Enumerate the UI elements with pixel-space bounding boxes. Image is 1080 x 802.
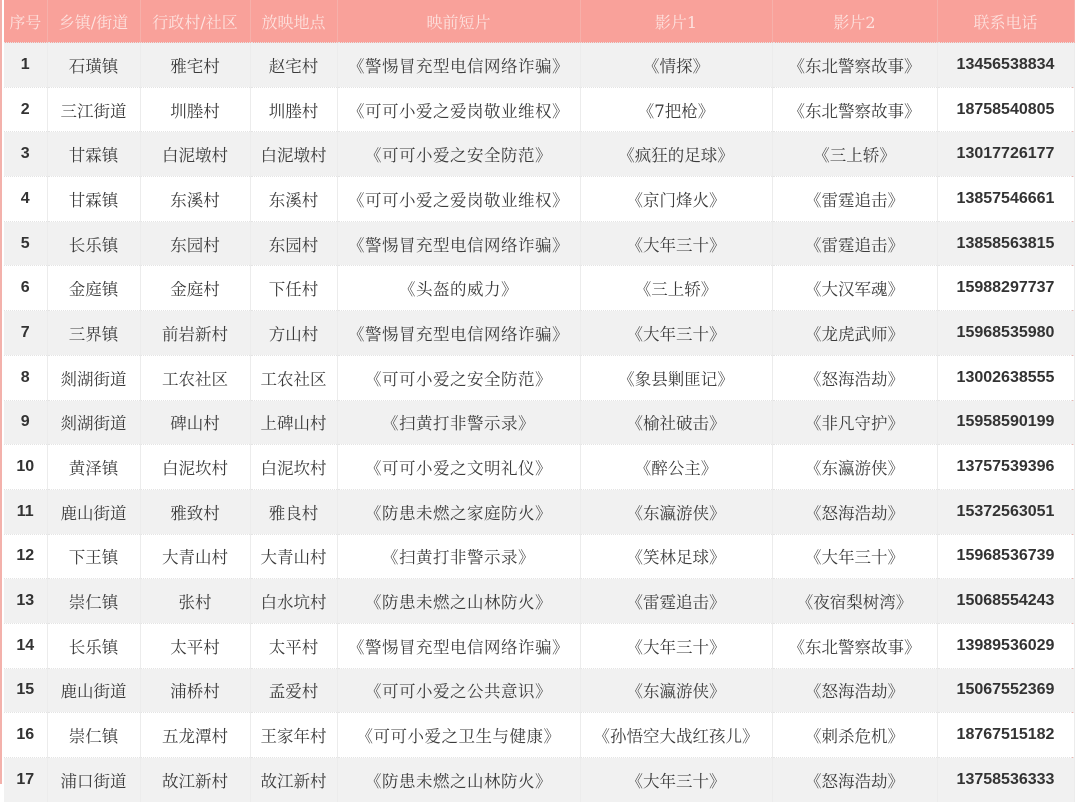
cell-short-film: 《可可小爱之公共意识》	[337, 668, 580, 713]
cell-short-film: 《可可小爱之文明礼仪》	[337, 445, 580, 490]
cell-venue: 方山村	[250, 311, 337, 356]
cell-no: 12	[4, 534, 47, 579]
cell-phone: 15988297737	[937, 266, 1074, 311]
header-venue: 放映地点	[250, 0, 337, 43]
cell-no: 4	[4, 177, 47, 222]
cell-film-1: 《榆社破击》	[580, 400, 772, 445]
cell-venue: 王家年村	[250, 713, 337, 758]
cell-town: 甘霖镇	[47, 132, 140, 177]
cell-film-2: 《大汉军魂》	[772, 266, 937, 311]
cell-village: 金庭村	[140, 266, 250, 311]
cell-film-1: 《京门烽火》	[580, 177, 772, 222]
cell-town: 鹿山街道	[47, 668, 140, 713]
cell-short-film: 《警惕冒充型电信网络诈骗》	[337, 311, 580, 356]
cell-village: 工农社区	[140, 355, 250, 400]
cell-no: 13	[4, 579, 47, 624]
cell-film-1: 《大年三十》	[580, 758, 772, 785]
cell-film-1: 《东瀛游侠》	[580, 489, 772, 534]
cell-film-1: 《情探》	[580, 43, 772, 88]
cell-short-film: 《警惕冒充型电信网络诈骗》	[337, 221, 580, 266]
cell-village: 故江新村	[140, 758, 250, 785]
cell-town: 鹿山街道	[47, 489, 140, 534]
cell-film-2: 《怒海浩劫》	[772, 758, 937, 785]
cell-film-1: 《孙悟空大战红孩儿》	[580, 713, 772, 758]
table-row: 9剡湖街道碑山村上碑山村《扫黄打非警示录》《榆社破击》《非凡守护》1595859…	[4, 400, 1074, 445]
table-header: 序号 乡镇/街道 行政村/社区 放映地点 映前短片 影片1 影片2 联系电话	[4, 0, 1074, 43]
cell-no: 2	[4, 87, 47, 132]
cell-film-2: 《怒海浩劫》	[772, 668, 937, 713]
cell-venue: 东园村	[250, 221, 337, 266]
cell-venue: 大青山村	[250, 534, 337, 579]
cell-film-1: 《醉公主》	[580, 445, 772, 490]
table-row: 5长乐镇东园村东园村《警惕冒充型电信网络诈骗》《大年三十》《雷霆追击》13858…	[4, 221, 1074, 266]
cell-film-1: 《7把枪》	[580, 87, 772, 132]
table-row: 4甘霖镇东溪村东溪村《可可小爱之爱岗敬业维权》《京门烽火》《雷霆追击》13857…	[4, 177, 1074, 222]
cell-village: 圳塍村	[140, 87, 250, 132]
cell-no: 7	[4, 311, 47, 356]
cell-town: 剡湖街道	[47, 355, 140, 400]
cell-town: 长乐镇	[47, 623, 140, 668]
cell-short-film: 《防患未燃之山林防火》	[337, 758, 580, 785]
cell-film-1: 《笑林足球》	[580, 534, 772, 579]
cell-venue: 孟爱村	[250, 668, 337, 713]
cell-short-film: 《可可小爱之卫生与健康》	[337, 713, 580, 758]
cell-short-film: 《扫黄打非警示录》	[337, 400, 580, 445]
cell-venue: 上碑山村	[250, 400, 337, 445]
table-row: 1石璜镇雅宅村赵宅村《警惕冒充型电信网络诈骗》《情探》《东北警察故事》13456…	[4, 43, 1074, 88]
cell-phone: 18758540805	[937, 87, 1074, 132]
cell-film-2: 《三上轿》	[772, 132, 937, 177]
cell-village: 前岩新村	[140, 311, 250, 356]
header-village: 行政村/社区	[140, 0, 250, 43]
header-film-1: 影片1	[580, 0, 772, 43]
table-row: 13崇仁镇张村白水坑村《防患未燃之山林防火》《雷霆追击》《夜宿梨树湾》15068…	[4, 579, 1074, 624]
cell-short-film: 《可可小爱之安全防范》	[337, 355, 580, 400]
cell-short-film: 《警惕冒充型电信网络诈骗》	[337, 43, 580, 88]
header-phone: 联系电话	[937, 0, 1074, 43]
cell-film-2: 《东北警察故事》	[772, 87, 937, 132]
cell-phone: 13002638555	[937, 355, 1074, 400]
cell-no: 8	[4, 355, 47, 400]
table-row: 3甘霖镇白泥墩村白泥墩村《可可小爱之安全防范》《疯狂的足球》《三上轿》13017…	[4, 132, 1074, 177]
cell-no: 11	[4, 489, 47, 534]
cell-phone: 15968536739	[937, 534, 1074, 579]
header-film-2: 影片2	[772, 0, 937, 43]
cell-village: 浦桥村	[140, 668, 250, 713]
cell-short-film: 《警惕冒充型电信网络诈骗》	[337, 623, 580, 668]
cell-venue: 赵宅村	[250, 43, 337, 88]
cell-short-film: 《扫黄打非警示录》	[337, 534, 580, 579]
cell-venue: 白泥墩村	[250, 132, 337, 177]
cell-town: 石璜镇	[47, 43, 140, 88]
table-row: 8剡湖街道工农社区工农社区《可可小爱之安全防范》《象县剿匪记》《怒海浩劫》130…	[4, 355, 1074, 400]
table-row: 12下王镇大青山村大青山村《扫黄打非警示录》《笑林足球》《大年三十》159685…	[4, 534, 1074, 579]
cell-film-1: 《雷霆追击》	[580, 579, 772, 624]
table-row: 7三界镇前岩新村方山村《警惕冒充型电信网络诈骗》《大年三十》《龙虎武师》1596…	[4, 311, 1074, 356]
cell-village: 太平村	[140, 623, 250, 668]
cell-village: 碑山村	[140, 400, 250, 445]
cell-village: 东溪村	[140, 177, 250, 222]
cell-venue: 太平村	[250, 623, 337, 668]
cell-film-1: 《三上轿》	[580, 266, 772, 311]
table-row: 16崇仁镇五龙潭村王家年村《可可小爱之卫生与健康》《孙悟空大战红孩儿》《刺杀危机…	[4, 713, 1074, 758]
cell-town: 长乐镇	[47, 221, 140, 266]
cell-phone: 13858563815	[937, 221, 1074, 266]
cell-phone: 18767515182	[937, 713, 1074, 758]
cell-phone: 13757539396	[937, 445, 1074, 490]
cell-town: 三界镇	[47, 311, 140, 356]
cell-village: 东园村	[140, 221, 250, 266]
cell-town: 崇仁镇	[47, 579, 140, 624]
cell-venue: 东溪村	[250, 177, 337, 222]
cell-town: 剡湖街道	[47, 400, 140, 445]
cell-town: 甘霖镇	[47, 177, 140, 222]
cell-no: 3	[4, 132, 47, 177]
cell-phone: 15372563051	[937, 489, 1074, 534]
cell-town: 崇仁镇	[47, 713, 140, 758]
cell-venue: 白泥坎村	[250, 445, 337, 490]
cell-village: 雅宅村	[140, 43, 250, 88]
cell-town: 金庭镇	[47, 266, 140, 311]
table-body: 1石璜镇雅宅村赵宅村《警惕冒充型电信网络诈骗》《情探》《东北警察故事》13456…	[4, 43, 1074, 785]
cell-phone: 13989536029	[937, 623, 1074, 668]
cell-venue: 雅良村	[250, 489, 337, 534]
cell-venue: 工农社区	[250, 355, 337, 400]
cell-no: 9	[4, 400, 47, 445]
cell-town: 黄泽镇	[47, 445, 140, 490]
cell-short-film: 《防患未燃之山林防火》	[337, 579, 580, 624]
cell-town: 浦口街道	[47, 758, 140, 785]
header-town: 乡镇/街道	[47, 0, 140, 43]
cell-phone: 15068554243	[937, 579, 1074, 624]
cell-no: 14	[4, 623, 47, 668]
cell-no: 17	[4, 758, 47, 785]
cell-phone: 13857546661	[937, 177, 1074, 222]
cell-film-2: 《雷霆追击》	[772, 177, 937, 222]
cell-village: 白泥墩村	[140, 132, 250, 177]
cell-film-2: 《夜宿梨树湾》	[772, 579, 937, 624]
table-row: 17浦口街道故江新村故江新村《防患未燃之山林防火》《大年三十》《怒海浩劫》137…	[4, 758, 1074, 785]
cell-village: 张村	[140, 579, 250, 624]
table-row: 6金庭镇金庭村下任村《头盔的威力》《三上轿》《大汉军魂》15988297737	[4, 266, 1074, 311]
cell-village: 白泥坎村	[140, 445, 250, 490]
cell-short-film: 《可可小爱之安全防范》	[337, 132, 580, 177]
cell-film-2: 《东瀛游侠》	[772, 445, 937, 490]
header-short-film: 映前短片	[337, 0, 580, 43]
cell-film-1: 《疯狂的足球》	[580, 132, 772, 177]
cell-no: 5	[4, 221, 47, 266]
cell-phone: 13456538834	[937, 43, 1074, 88]
cell-village: 大青山村	[140, 534, 250, 579]
table-row: 10黄泽镇白泥坎村白泥坎村《可可小爱之文明礼仪》《醉公主》《东瀛游侠》13757…	[4, 445, 1074, 490]
cell-film-2: 《雷霆追击》	[772, 221, 937, 266]
cell-no: 6	[4, 266, 47, 311]
cell-film-2: 《怒海浩劫》	[772, 355, 937, 400]
cell-short-film: 《头盔的威力》	[337, 266, 580, 311]
cell-film-1: 《大年三十》	[580, 311, 772, 356]
cell-phone: 13017726177	[937, 132, 1074, 177]
cell-town: 三江街道	[47, 87, 140, 132]
cell-no: 10	[4, 445, 47, 490]
cell-film-2: 《非凡守护》	[772, 400, 937, 445]
header-no: 序号	[4, 0, 47, 43]
cell-film-1: 《大年三十》	[580, 221, 772, 266]
cell-film-2: 《东北警察故事》	[772, 623, 937, 668]
cell-no: 1	[4, 43, 47, 88]
screening-schedule-table: 序号 乡镇/街道 行政村/社区 放映地点 映前短片 影片1 影片2 联系电话 1…	[4, 0, 1075, 784]
cell-venue: 白水坑村	[250, 579, 337, 624]
cell-village: 五龙潭村	[140, 713, 250, 758]
cell-film-2: 《大年三十》	[772, 534, 937, 579]
cell-village: 雅致村	[140, 489, 250, 534]
table-row: 15鹿山街道浦桥村孟爱村《可可小爱之公共意识》《东瀛游侠》《怒海浩劫》15067…	[4, 668, 1074, 713]
cell-phone: 13758536333	[937, 758, 1074, 785]
cell-phone: 15968535980	[937, 311, 1074, 356]
cell-film-1: 《大年三十》	[580, 623, 772, 668]
cell-film-1: 《象县剿匪记》	[580, 355, 772, 400]
cell-no: 16	[4, 713, 47, 758]
table-row: 2三江街道圳塍村圳塍村《可可小爱之爱岗敬业维权》《7把枪》《东北警察故事》187…	[4, 87, 1074, 132]
cell-short-film: 《可可小爱之爱岗敬业维权》	[337, 177, 580, 222]
cell-venue: 圳塍村	[250, 87, 337, 132]
cell-no: 15	[4, 668, 47, 713]
cell-venue: 故江新村	[250, 758, 337, 785]
cell-phone: 15958590199	[937, 400, 1074, 445]
table-row: 11鹿山街道雅致村雅良村《防患未燃之家庭防火》《东瀛游侠》《怒海浩劫》15372…	[4, 489, 1074, 534]
cell-film-1: 《东瀛游侠》	[580, 668, 772, 713]
cell-short-film: 《可可小爱之爱岗敬业维权》	[337, 87, 580, 132]
header-row: 序号 乡镇/街道 行政村/社区 放映地点 映前短片 影片1 影片2 联系电话	[4, 0, 1074, 43]
cell-film-2: 《龙虎武师》	[772, 311, 937, 356]
cell-phone: 15067552369	[937, 668, 1074, 713]
table-frame: 序号 乡镇/街道 行政村/社区 放映地点 映前短片 影片1 影片2 联系电话 1…	[0, 0, 1074, 784]
table-row: 14长乐镇太平村太平村《警惕冒充型电信网络诈骗》《大年三十》《东北警察故事》13…	[4, 623, 1074, 668]
cell-venue: 下任村	[250, 266, 337, 311]
cell-film-2: 《怒海浩劫》	[772, 489, 937, 534]
cell-film-2: 《东北警察故事》	[772, 43, 937, 88]
cell-short-film: 《防患未燃之家庭防火》	[337, 489, 580, 534]
cell-film-2: 《刺杀危机》	[772, 713, 937, 758]
cell-town: 下王镇	[47, 534, 140, 579]
